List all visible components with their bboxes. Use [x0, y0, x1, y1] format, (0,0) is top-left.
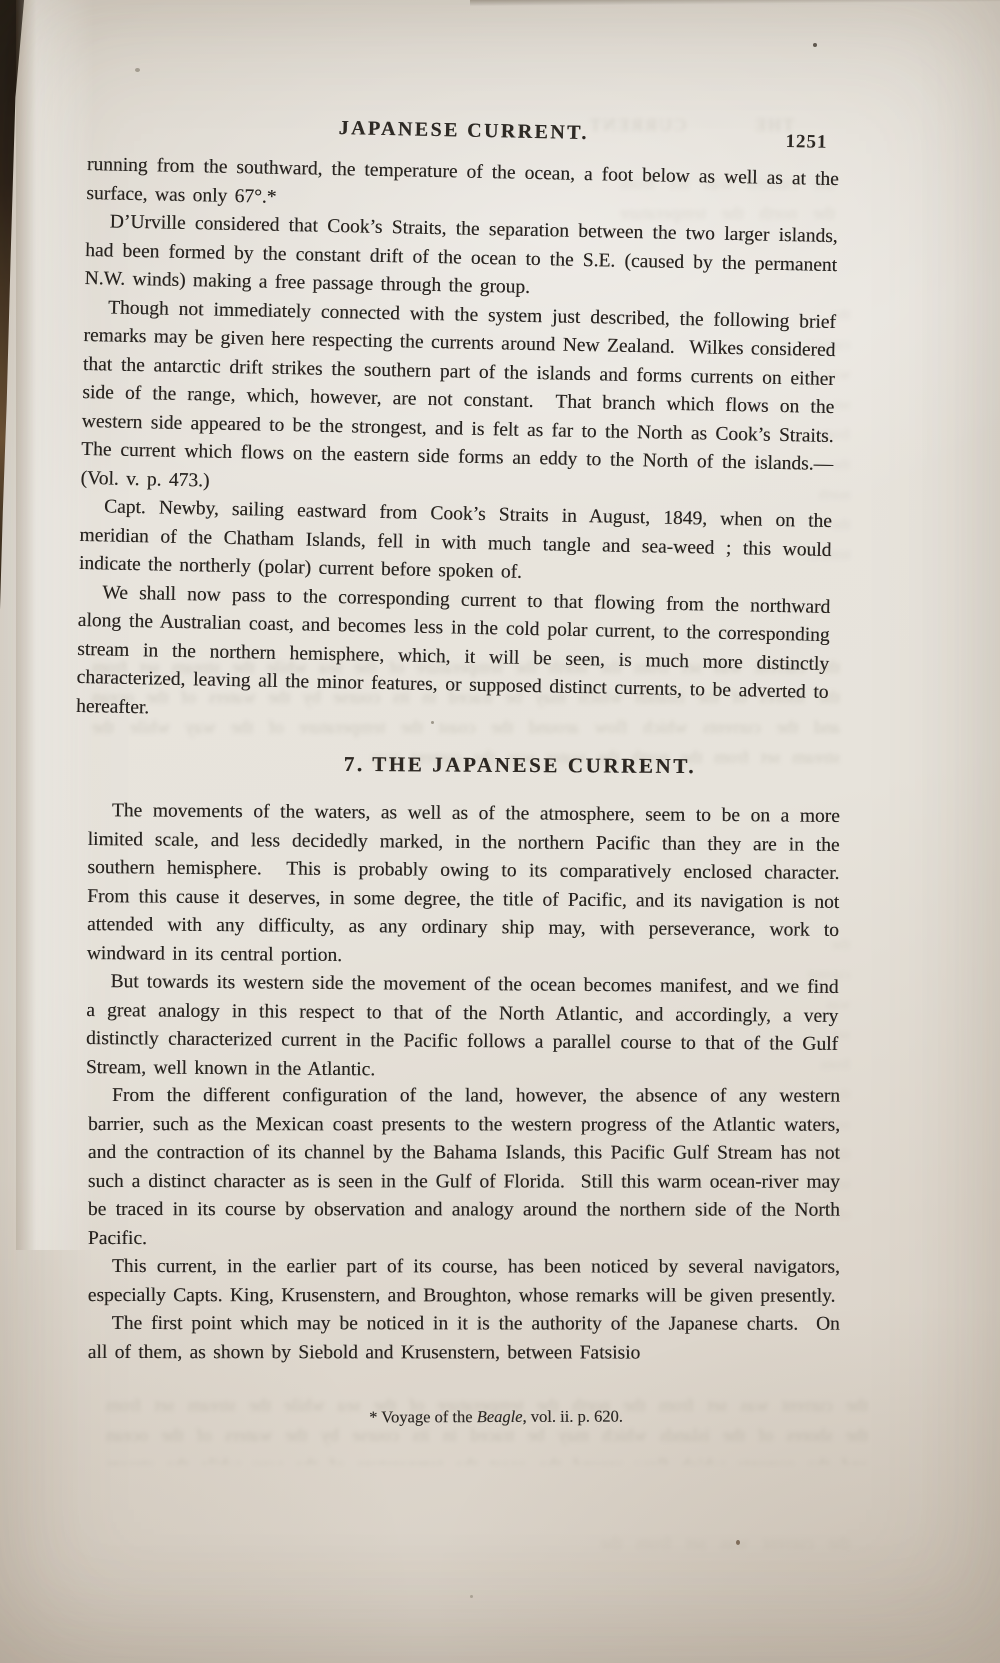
paragraph: We shall now pass to the corresponding c…: [76, 578, 831, 736]
footnote-italic-title: Beagle: [477, 1407, 523, 1426]
middle-text-block: The movements of the waters, as well as …: [86, 797, 840, 1088]
footnote-text: , vol. ii. p. 620.: [522, 1407, 622, 1426]
paragraph: Capt. Newby, sailing eastward from Cook’…: [79, 493, 833, 594]
paragraph: The movements of the waters, as well as …: [87, 797, 840, 974]
paper-speck: [736, 1540, 740, 1545]
paragraph: This current, in the earlier part of its…: [88, 1253, 840, 1311]
text-column: JAPANESE CURRENT. 1251 running from the …: [88, 0, 840, 1427]
bleedthrough-text: the current was set from the north the t…: [600, 1528, 850, 1560]
footnote: * Voyage of the Beagle, vol. ii. p. 620.: [152, 1406, 840, 1428]
paper-speck: [470, 1595, 473, 1598]
paragraph: The first point which may be noticed in …: [88, 1310, 840, 1368]
book-binding-edge: [0, 0, 28, 610]
paragraph: Though not immediately connected with th…: [80, 293, 836, 508]
scanned-book-page: the current was set from the north the t…: [0, 0, 1000, 1663]
lower-text-block: From the different configuration of the …: [88, 1082, 840, 1368]
paragraph: But towards its western side the movemen…: [86, 968, 839, 1088]
page-header: JAPANESE CURRENT. 1251: [87, 112, 839, 155]
paragraph: From the different configuration of the …: [88, 1082, 840, 1254]
paragraph: D’Urville considered that Cook’s Straits…: [84, 208, 838, 309]
section-heading: 7. THE JAPANESE CURRENT.: [200, 751, 840, 780]
page-number: 1251: [785, 131, 827, 154]
upper-text-block: JAPANESE CURRENT. 1251 running from the …: [76, 112, 840, 736]
running-title: JAPANESE CURRENT.: [338, 117, 588, 144]
footnote-text: * Voyage of the: [369, 1407, 477, 1426]
